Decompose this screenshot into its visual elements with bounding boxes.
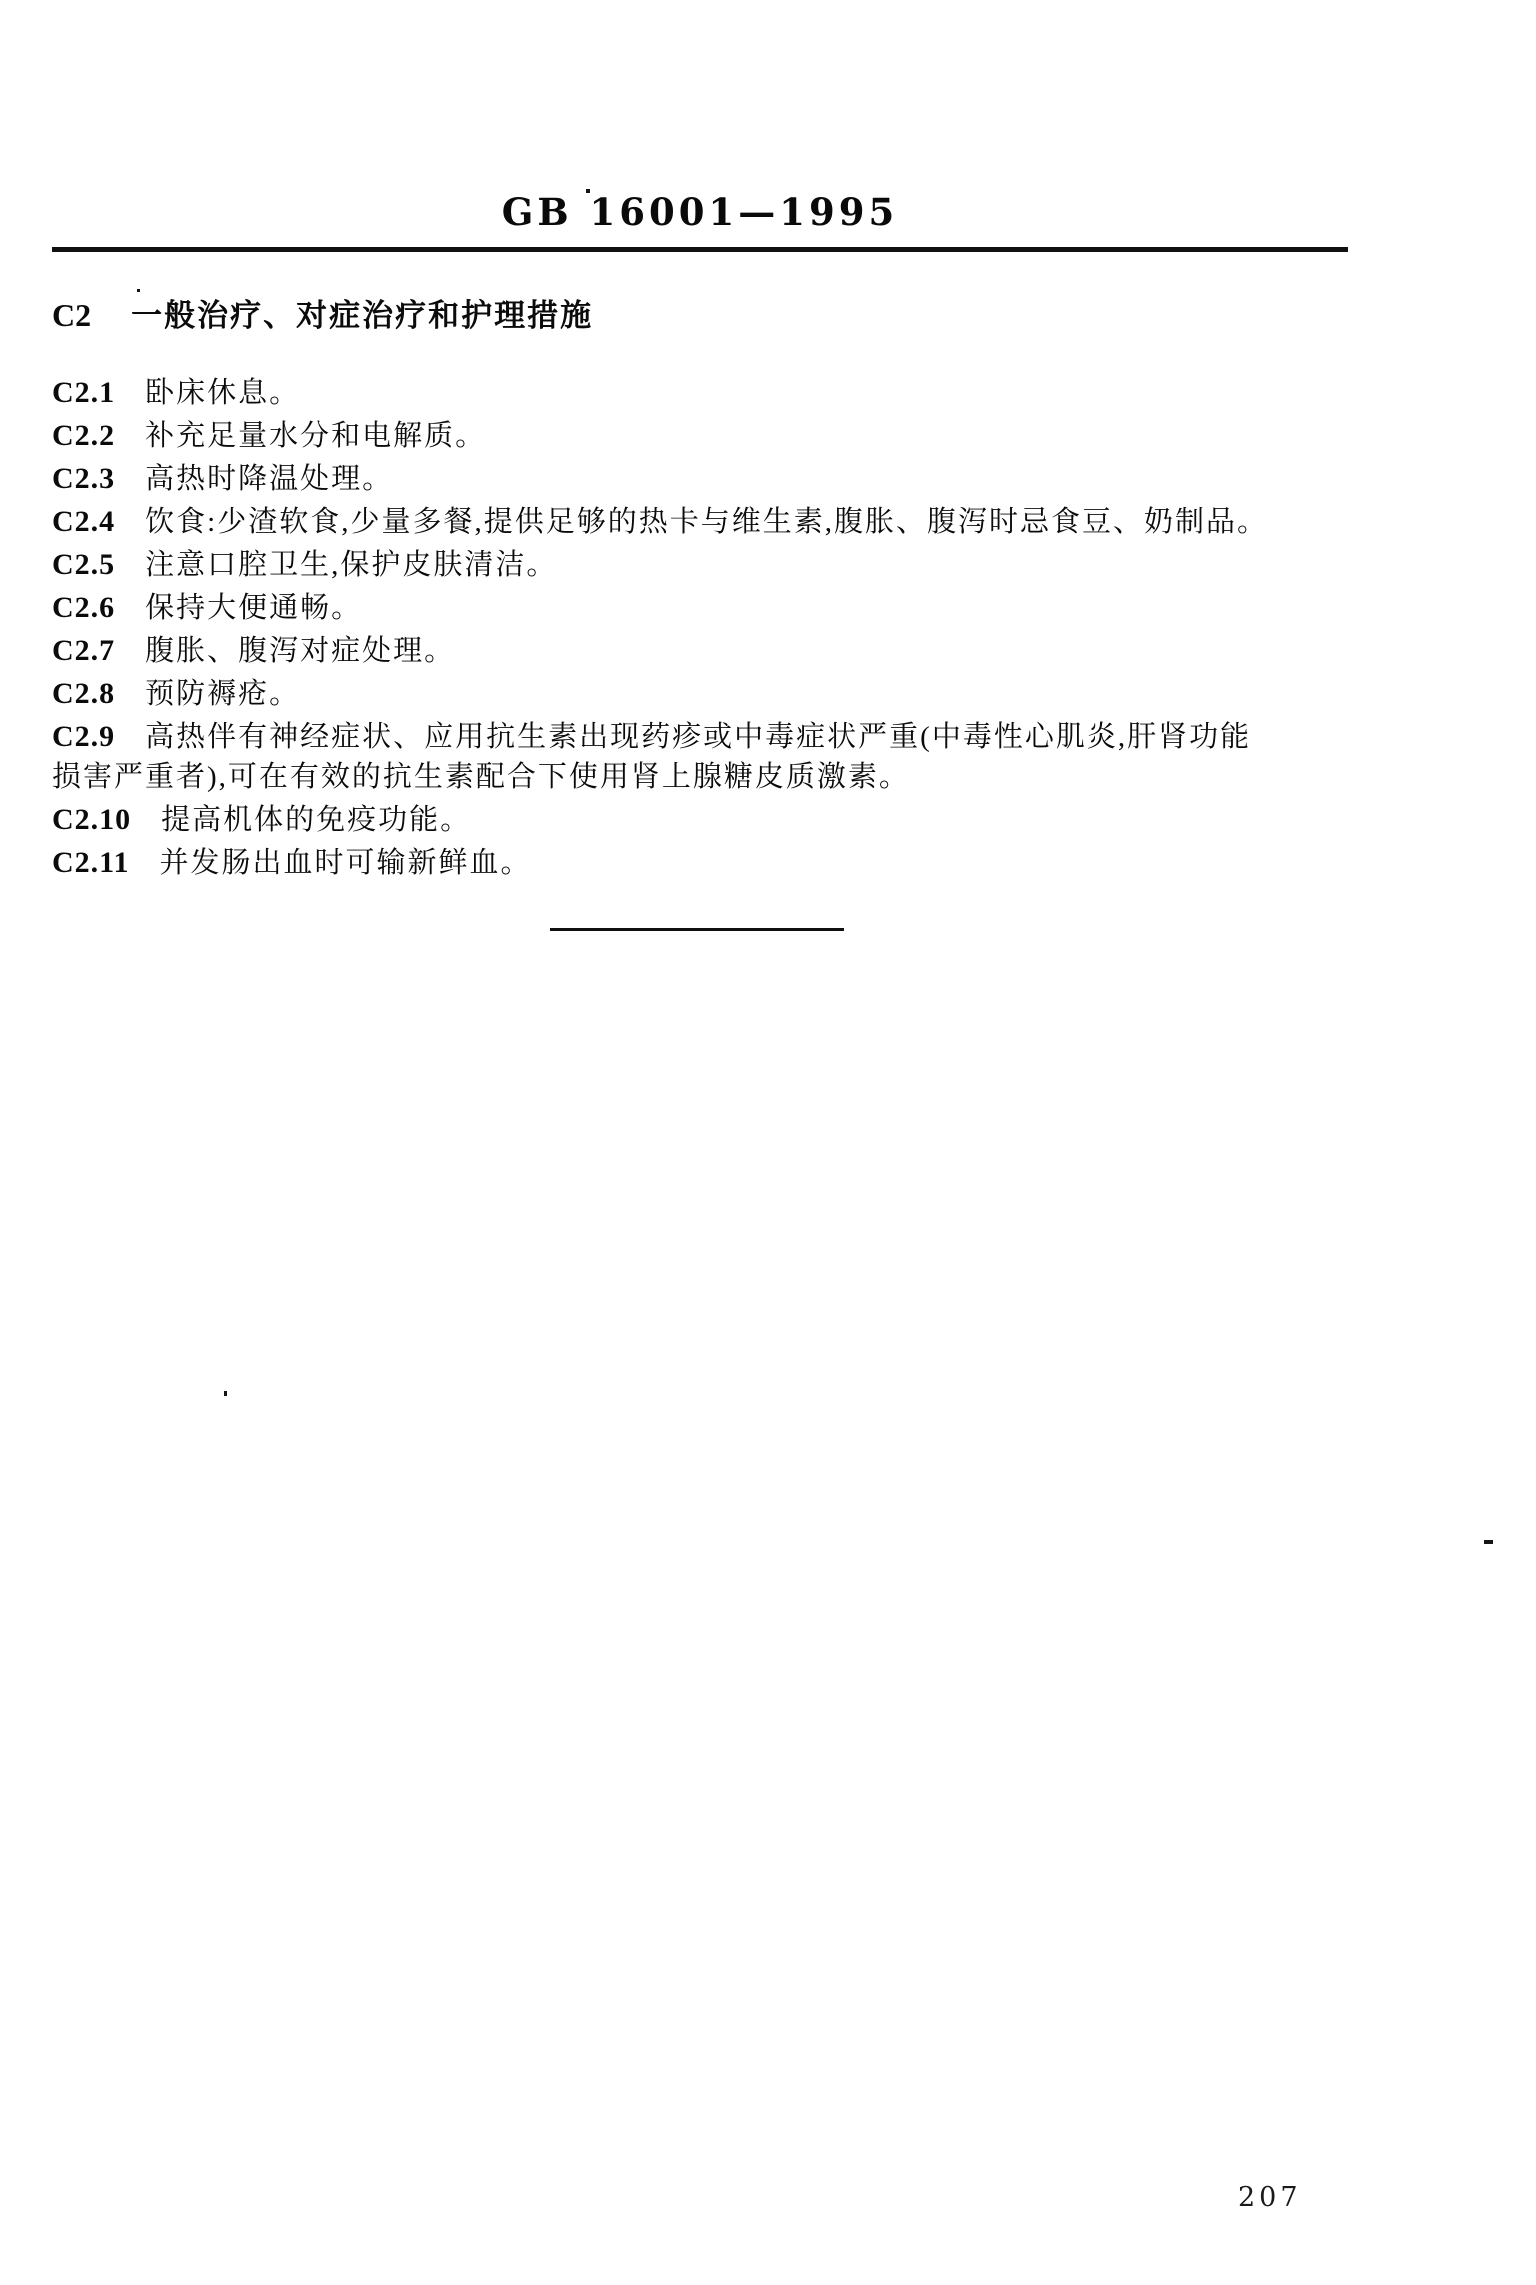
clause-c2-2: C2.2补充足量水分和电解质。	[52, 416, 1274, 456]
clause-text: 补充足量水分和电解质。	[145, 420, 486, 452]
end-of-text-divider	[550, 928, 844, 931]
clause-number: C2.4	[52, 505, 115, 538]
clause-number: C2.5	[52, 548, 115, 581]
clause-c2-9: C2.9高热伴有神经症状、应用抗生素出现药疹或中毒症状严重(中毒性心肌炎,肝肾功…	[52, 717, 1274, 797]
section-heading: C2一般治疗、对症治疗和护理措施	[52, 296, 1274, 335]
clause-number: C2.1	[52, 376, 115, 409]
scan-artifact-dot	[224, 1391, 227, 1396]
section-heading-number: C2	[52, 297, 91, 333]
clause-c2-6: C2.6保持大便通畅。	[52, 588, 1274, 628]
clause-number: C2.7	[52, 634, 115, 667]
clause-c2-11: C2.11并发肠出血时可输新鲜血。	[52, 843, 1274, 883]
section-c2: C2一般治疗、对症治疗和护理措施 C2.1卧床休息。 C2.2补充足量水分和电解…	[52, 296, 1274, 931]
clause-text: 高热伴有神经症状、应用抗生素出现药疹或中毒症状严重(中毒性心肌炎,肝肾功能损害严…	[52, 721, 1251, 793]
clause-number: C2.8	[52, 677, 115, 710]
clause-c2-3: C2.3高热时降温处理。	[52, 459, 1274, 499]
scan-artifact-dot	[137, 289, 140, 292]
clause-number: C2.11	[52, 846, 130, 879]
section-heading-title: 一般治疗、对症治疗和护理措施	[131, 298, 593, 333]
clause-c2-1: C2.1卧床休息。	[52, 373, 1274, 413]
scan-artifact-dash	[1484, 1540, 1493, 1544]
clause-number: C2.3	[52, 462, 115, 495]
standard-number-header: GB 16001—1995	[52, 190, 1348, 234]
clause-text: 预防褥疮。	[145, 678, 300, 710]
clause-c2-7: C2.7腹胀、腹泻对症处理。	[52, 631, 1274, 671]
clause-text: 注意口腔卫生,保护皮肤清洁。	[145, 549, 557, 581]
clause-c2-10: C2.10提高机体的免疫功能。	[52, 800, 1274, 840]
page-number: 207	[1238, 2182, 1302, 2213]
clause-text: 饮食:少渣软食,少量多餐,提供足够的热卡与维生素,腹胀、腹泻时忌食豆、奶制品。	[145, 506, 1268, 538]
clause-text: 保持大便通畅。	[145, 592, 362, 624]
clause-text: 提高机体的免疫功能。	[161, 804, 471, 836]
clause-number: C2.6	[52, 591, 115, 624]
clause-number: C2.2	[52, 419, 115, 452]
clause-number: C2.9	[52, 720, 115, 753]
document-page: GB 16001—1995 C2一般治疗、对症治疗和护理措施 C2.1卧床休息。…	[0, 0, 1536, 2285]
clause-c2-5: C2.5注意口腔卫生,保护皮肤清洁。	[52, 545, 1274, 585]
scan-artifact-dot	[586, 189, 590, 193]
clause-number: C2.10	[52, 803, 131, 836]
header-rule	[52, 247, 1348, 252]
clause-text: 卧床休息。	[145, 377, 300, 409]
clause-text: 高热时降温处理。	[145, 463, 393, 495]
clause-c2-8: C2.8预防褥疮。	[52, 674, 1274, 714]
clause-text: 腹胀、腹泻对症处理。	[145, 635, 455, 667]
clause-text: 并发肠出血时可输新鲜血。	[160, 847, 532, 879]
clause-c2-4: C2.4饮食:少渣软食,少量多餐,提供足够的热卡与维生素,腹胀、腹泻时忌食豆、奶…	[52, 502, 1274, 542]
